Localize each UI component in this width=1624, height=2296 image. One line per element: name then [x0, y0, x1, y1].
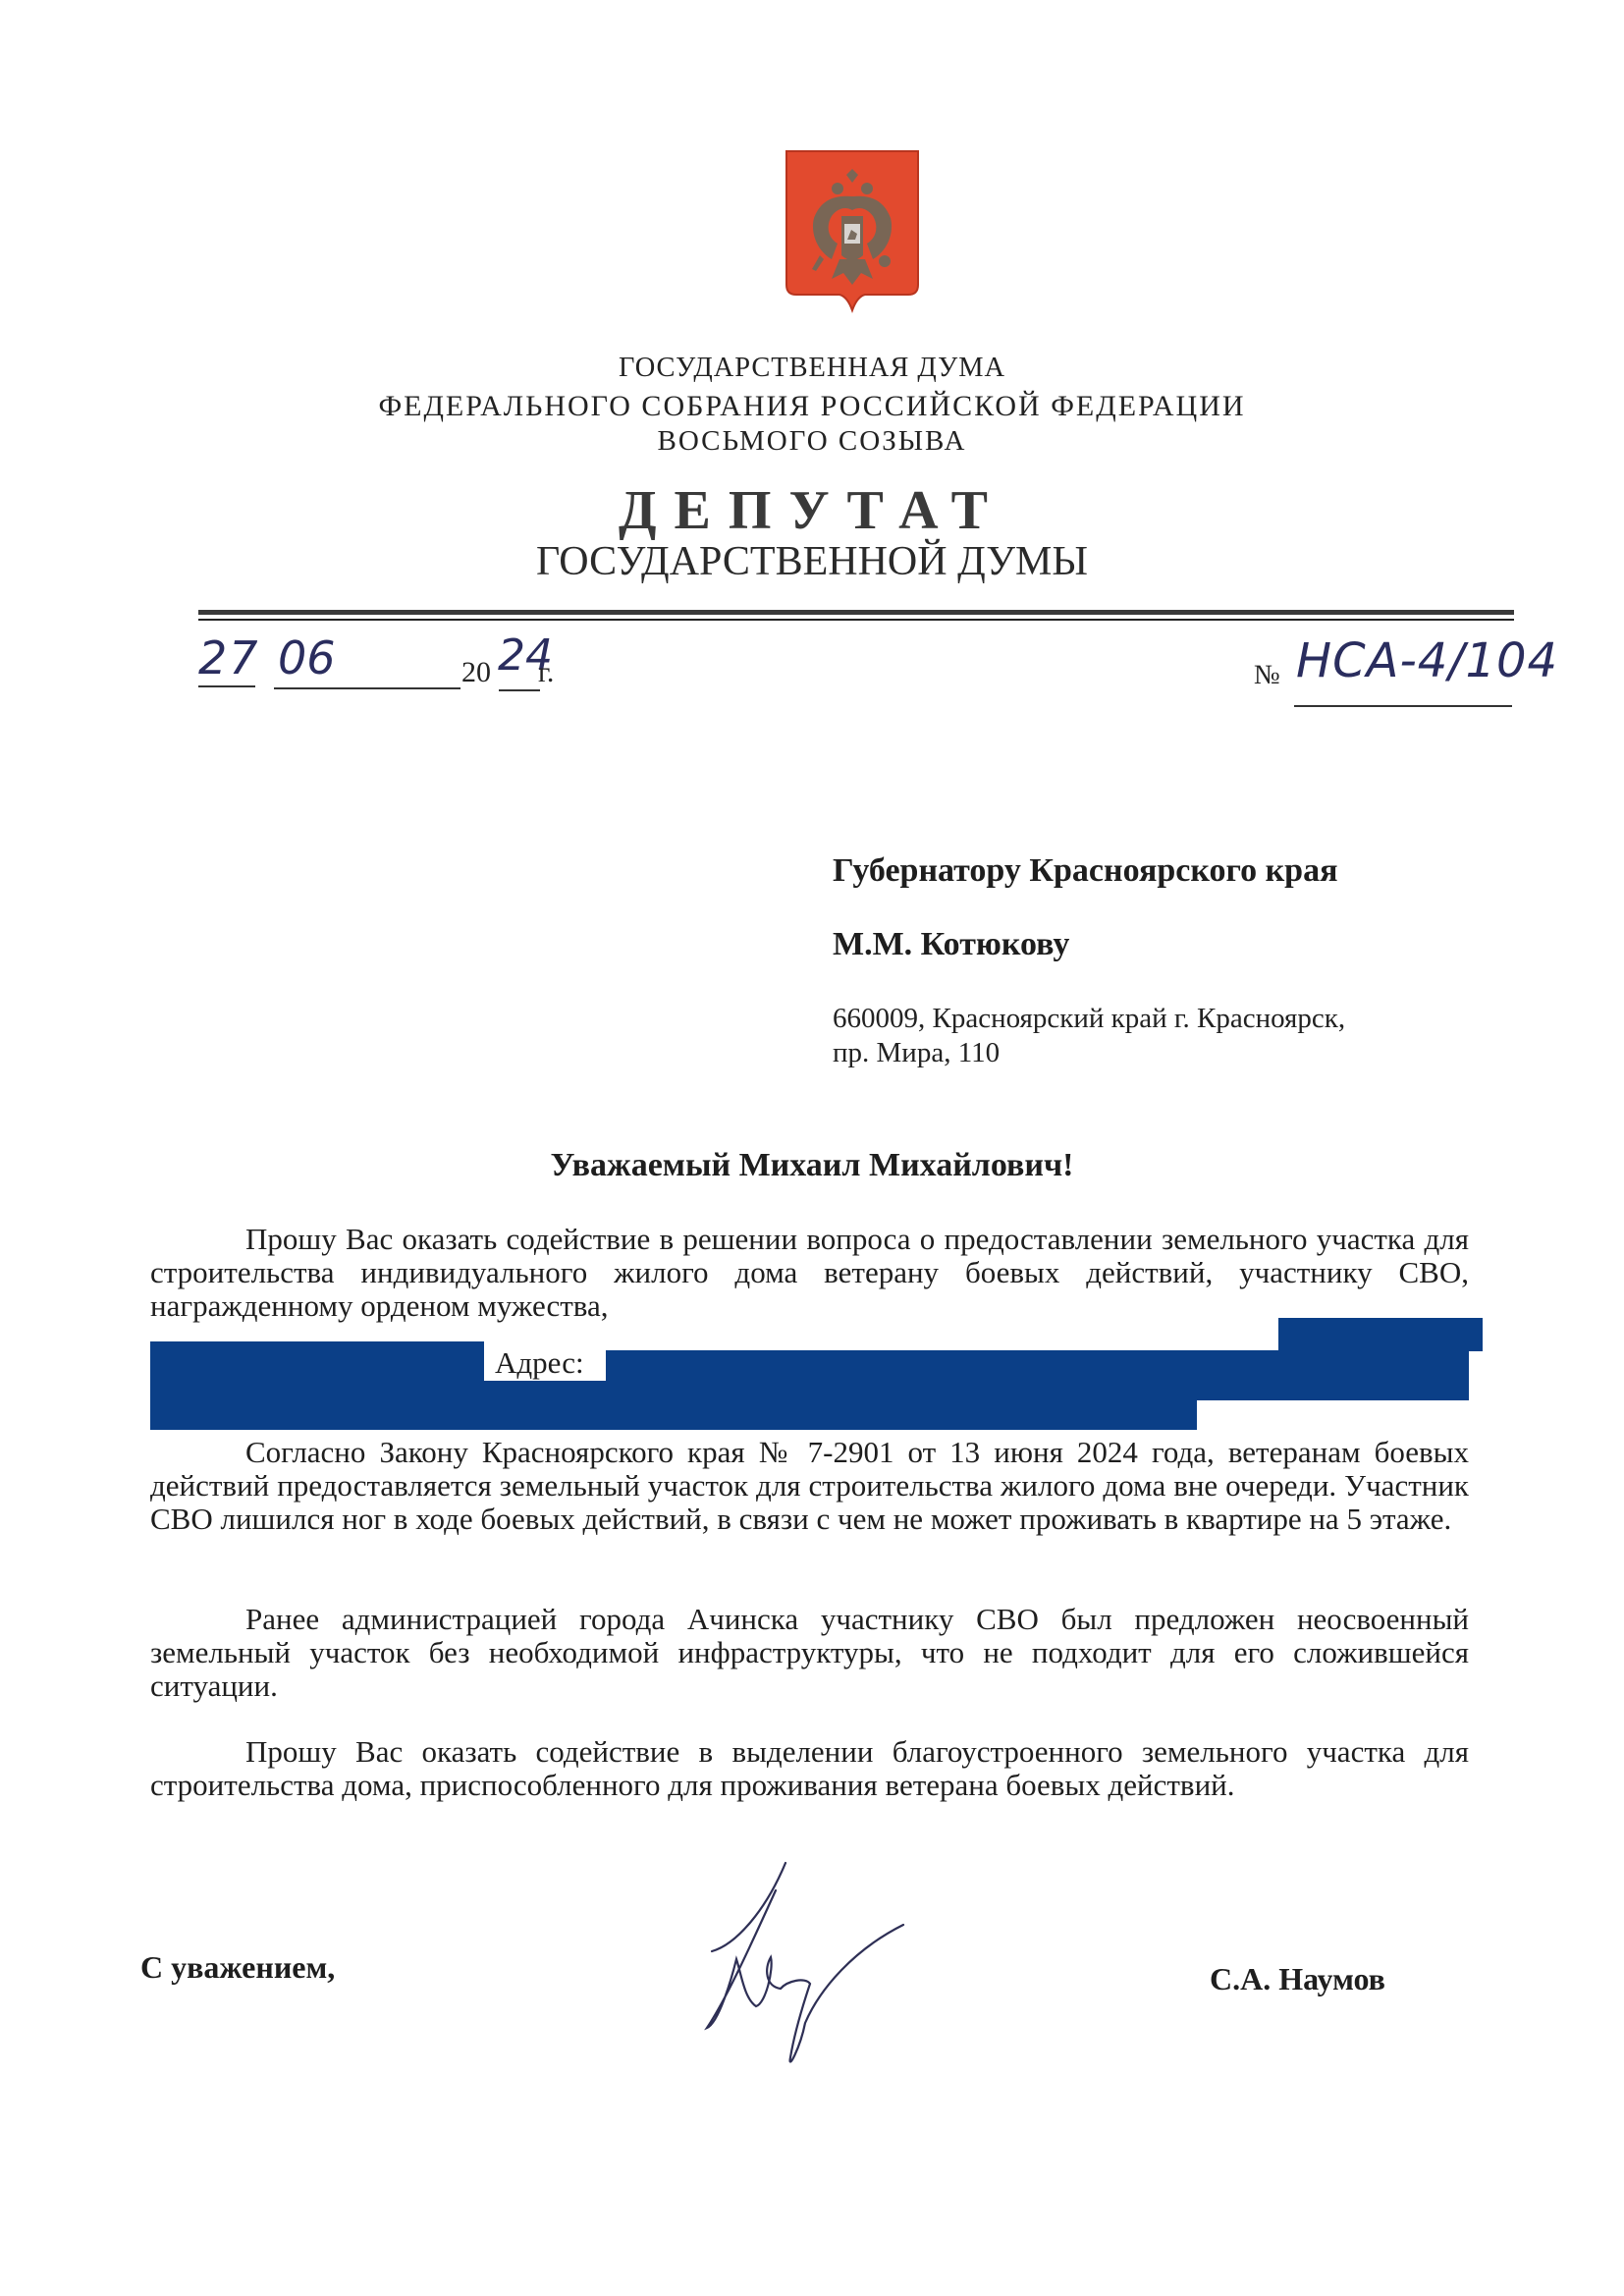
body-paragraph-1: Прошу Вас оказать содействие в решении в… [150, 1223, 1469, 1323]
registration-number-underline [1294, 705, 1512, 707]
signer-name: С.А. Наумов [1210, 1961, 1385, 1997]
addressee-name: М.М. Котюкову [833, 926, 1069, 963]
letterhead-line-2: ФЕДЕРАЛЬНОГО СОБРАНИЯ РОССИЙСКОЙ ФЕДЕРАЦ… [0, 390, 1624, 423]
letterhead-line-3: ВОСЬМОГО СОЗЫВА [0, 425, 1624, 458]
addressee-title: Губернатору Красноярского края [833, 852, 1337, 890]
registration-number-handwritten: НСА-4/104 [1296, 633, 1558, 688]
date-month-underline [274, 687, 460, 689]
addressee-postal-address: 660009, Красноярский край г. Красноярск,… [833, 1002, 1441, 1070]
letterhead-subtitle: ГОСУДАРСТВЕННОЙ ДУМЫ [0, 538, 1624, 585]
letterhead-line-1: ГОСУДАРСТВЕННАЯ ДУМА [17, 352, 1608, 384]
redaction-block [1278, 1318, 1483, 1351]
date-year-prefix: 20 [461, 656, 491, 689]
body-paragraph-3: Ранее администрацией города Ачинска учас… [150, 1603, 1469, 1703]
header-rule-thin [198, 619, 1514, 621]
salutation: Уважаемый Михаил Михайлович! [0, 1147, 1624, 1184]
date-year-underline [499, 689, 540, 691]
address-line-1: 660009, Красноярский край г. Красноярск, [833, 1002, 1441, 1036]
letterhead-title: ДЕПУТАТ [0, 479, 1624, 542]
number-sign: № [1254, 660, 1280, 691]
date-day-handwritten: 27 [198, 631, 260, 684]
address-label: Адрес: [489, 1345, 590, 1381]
redaction-block [606, 1350, 1469, 1400]
address-line-2: пр. Мира, 110 [833, 1036, 1441, 1070]
date-year-suffix: г. [538, 656, 554, 689]
header-rule-thick [198, 610, 1514, 615]
closing-phrase: С уважением, [140, 1949, 335, 1986]
body-paragraph-4: Прошу Вас оказать содействие в выделении… [150, 1735, 1469, 1802]
body-paragraph-2: Согласно Закону Красноярского края № 7-2… [150, 1436, 1469, 1536]
handwritten-signature-icon [658, 1851, 992, 2067]
date-month-handwritten: 06 [278, 631, 336, 684]
date-day-underline [198, 685, 255, 687]
coat-of-arms-emblem-icon [783, 145, 922, 314]
